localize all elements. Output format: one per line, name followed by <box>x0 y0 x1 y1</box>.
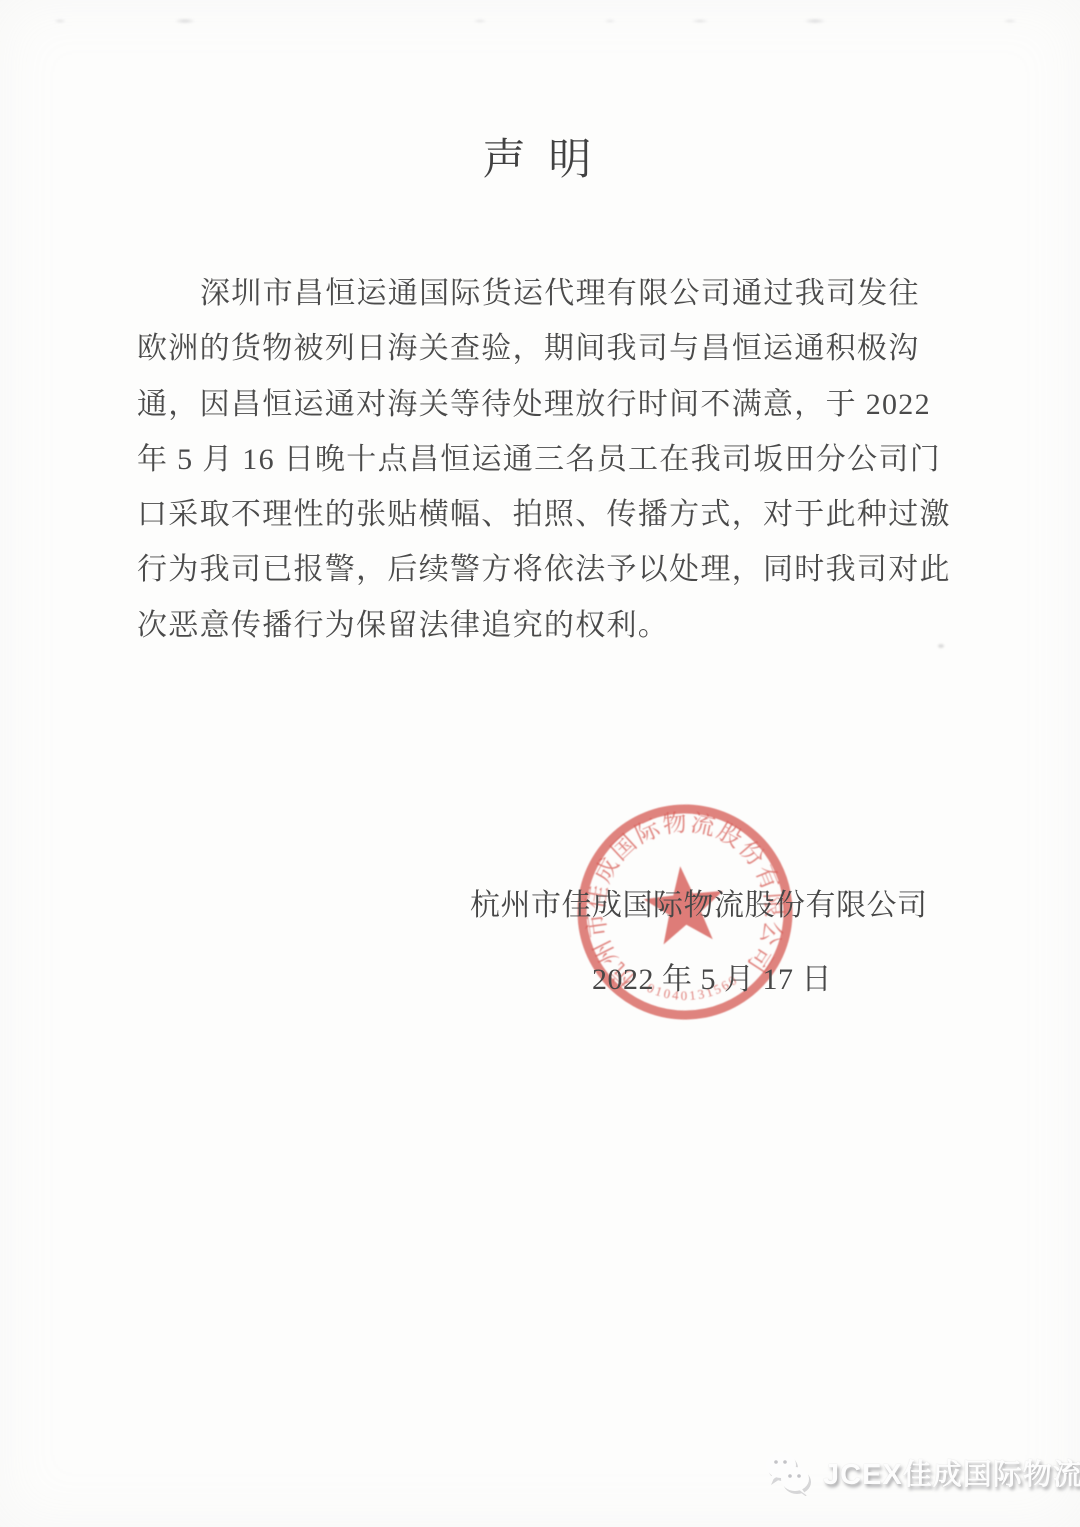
signature-company: 杭州市佳成国际物流股份有限公司 <box>470 880 928 924</box>
signature-date: 2022 年 5 月 17 日 <box>592 954 832 998</box>
statement-body: 深圳市昌恒运通国际货运代理有限公司通过我司发往 欧洲的货物被列日海关查验，期间我… <box>137 266 983 653</box>
body-line: 口采取不理性的张贴横幅、拍照、传播方式，对于此种过激 <box>137 487 983 542</box>
body-line: 通，因昌恒运通对海关等待处理放行时间不满意，于 2022 <box>137 377 983 432</box>
page-title: 声 明 <box>0 126 1080 187</box>
wechat-icon <box>762 1448 814 1496</box>
scan-noise-top <box>0 12 1080 30</box>
body-line: 行为我司已报警，后续警方将依法予以处理，同时我司对此 <box>137 542 983 597</box>
body-line: 年 5 月 16 日晚十点昌恒运通三名员工在我司坂田分公司门 <box>137 432 983 487</box>
body-line: 次恶意传播行为保留法律追究的权利。 <box>137 598 983 653</box>
body-line: 深圳市昌恒运通国际货运代理有限公司通过我司发往 <box>137 266 983 321</box>
body-line: 欧洲的货物被列日海关查验，期间我司与昌恒运通积极沟 <box>137 321 983 376</box>
watermark: JCEX佳成国际物流 <box>762 1448 1080 1496</box>
watermark-text: JCEX佳成国际物流 <box>823 1452 1080 1493</box>
statement-document-page: 声 明 深圳市昌恒运通国际货运代理有限公司通过我司发往 欧洲的货物被列日海关查验… <box>0 0 1080 1527</box>
